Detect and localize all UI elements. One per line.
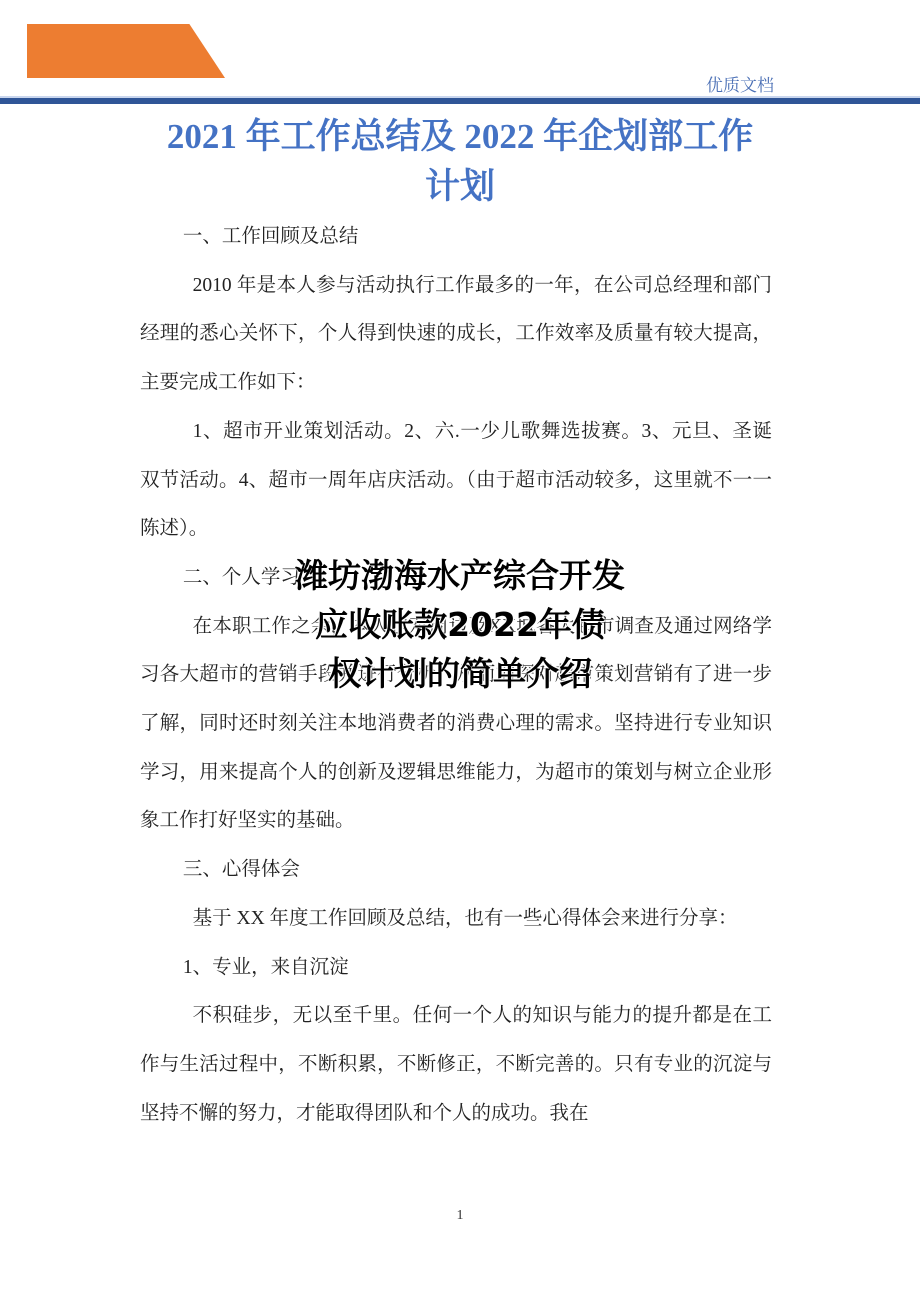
page-number: 1 xyxy=(0,1208,920,1224)
orange-header-tab xyxy=(27,24,225,78)
overlay-line-3: 权计划的简单介绍 xyxy=(230,649,690,698)
paragraph-professional: 不积硅步，无以至千里。任何一个人的知识与能力的提升都是在工作与生活过程中，不断积… xyxy=(140,992,772,1138)
title-line-2: 计划 xyxy=(100,162,820,212)
header-label: 优质文档 xyxy=(706,71,774,96)
overlay-title: 潍坊渤海水产综合开发 应收账款2022年债 权计划的简单介绍 xyxy=(230,551,690,698)
paragraph-activities: 1、超市开业策划活动。2、六.一少儿歌舞选拔赛。3、元旦、圣诞双节活动。4、超市… xyxy=(140,408,772,554)
overlay-line-2: 应收账款2022年债 xyxy=(230,600,690,649)
header-rule xyxy=(0,98,920,104)
overlay-line-1: 潍坊渤海水产综合开发 xyxy=(230,551,690,600)
title-line-1: 2021 年工作总结及 2022 年企划部工作 xyxy=(100,112,820,162)
subheading-professional: 1、专业，来自沉淀 xyxy=(140,944,772,993)
section-heading-insights: 三、心得体会 xyxy=(140,846,772,895)
document-title: 2021 年工作总结及 2022 年企划部工作 计划 xyxy=(100,112,820,212)
section-heading-review: 一、工作回顾及总结 xyxy=(140,213,772,262)
paragraph-review-intro: 2010 年是本人参与活动执行工作最多的一年，在公司总经理和部门经理的悉心关怀下… xyxy=(140,262,772,408)
paragraph-insights-intro: 基于 XX 年度工作回顾及总结，也有一些心得体会来进行分享： xyxy=(140,895,772,944)
